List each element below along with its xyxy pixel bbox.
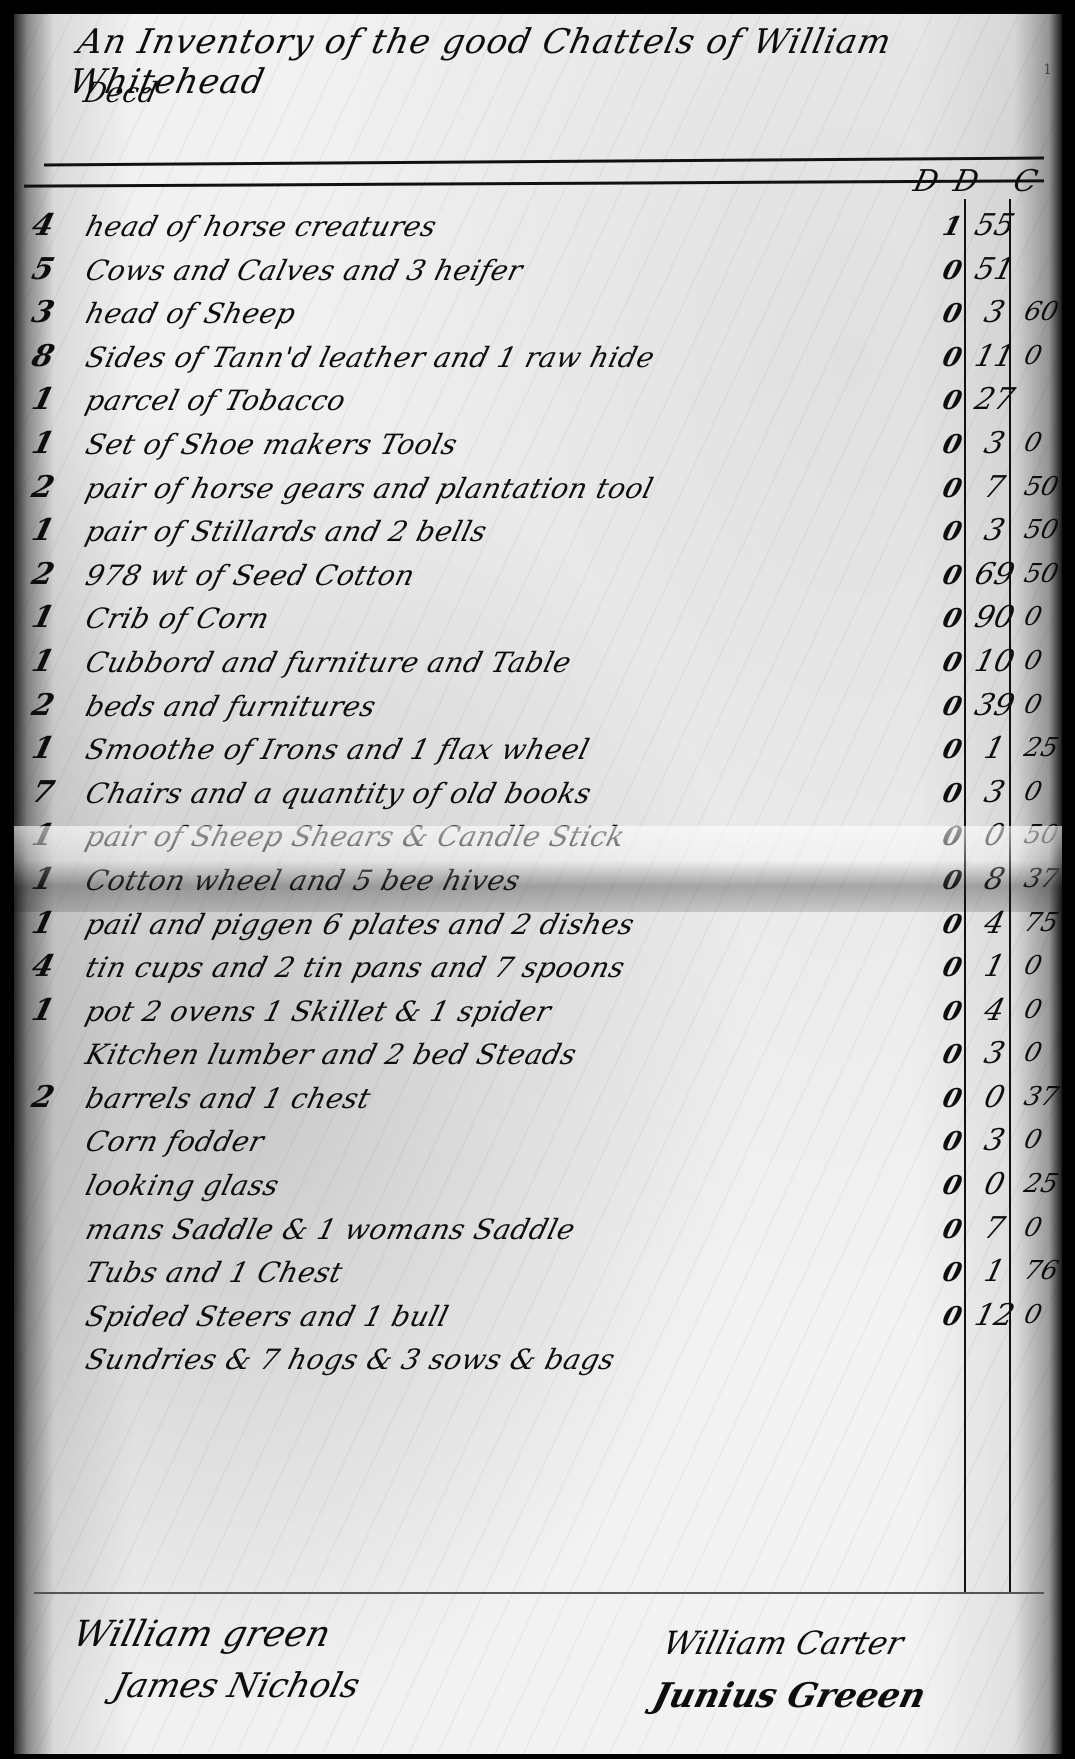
list-item: Sundries & 7 hogs & 3 sows & bags [23,1339,1054,1383]
item-pounds: 1 [936,212,967,242]
item-description: pail and piggen 6 plates and 2 dishes [82,908,638,941]
item-cents: 0 [1021,690,1068,720]
item-dollars: 0 [968,1080,1021,1115]
item-cents: 0 [1021,341,1068,371]
item-pounds: 0 [936,997,967,1027]
list-item: 8Sides of Tann'd leather and 1 raw hide0… [23,337,1054,381]
item-description: Cows and Calves and 3 heifer [82,254,526,287]
item-dollars: 7 [968,470,1021,505]
list-item: Kitchen lumber and 2 bed Steads030 [23,1034,1054,1078]
item-dollars: 1 [968,949,1021,984]
item-description: Chairs and a quantity of old books [82,777,595,810]
item-description: looking glass [82,1169,282,1202]
item-description: Sundries & 7 hogs & 3 sows & bags [82,1343,618,1376]
item-pounds: 0 [936,561,967,591]
document-title-decd: Decd [80,76,160,109]
item-cents: 0 [1021,1213,1068,1243]
item-pounds: 0 [936,822,967,852]
item-quantity: 1 [28,644,81,679]
item-dollars: 3 [968,426,1021,461]
list-item: 1Cubbord and furniture and Table0100 [23,642,1054,686]
item-pounds: 0 [936,910,967,940]
item-dollars: 69 [968,557,1021,592]
list-item: Corn fodder030 [23,1121,1054,1165]
column-header-dollars: D [950,164,982,199]
list-item: 1Set of Shoe makers Tools030 [23,424,1054,468]
item-dollars: 1 [968,1254,1021,1289]
item-pounds: 0 [936,1040,967,1070]
list-item: Tubs and 1 Chest0176 [23,1252,1054,1296]
item-quantity: 2 [28,557,81,592]
item-pounds: 0 [936,430,967,460]
item-description: Kitchen lumber and 2 bed Steads [82,1038,580,1071]
list-item: Spided Steers and 1 bull0120 [23,1296,1054,1340]
item-dollars: 39 [968,688,1021,723]
item-pounds: 0 [936,953,967,983]
item-description: pair of Stillards and 2 bells [82,515,490,548]
footer-rule [34,1592,1044,1594]
signature-junius-green: Junius Greeen [649,1676,930,1716]
item-pounds: 0 [936,779,967,809]
item-pounds: 0 [936,648,967,678]
item-dollars: 55 [968,208,1021,243]
item-cents: 0 [1021,1125,1068,1155]
item-dollars: 0 [968,1167,1021,1202]
item-description: Cubbord and furniture and Table [82,646,575,679]
item-description: Smoothe of Irons and 1 flax wheel [82,733,593,766]
list-item: 1pail and piggen 6 plates and 2 dishes04… [23,904,1054,948]
item-pounds: 0 [936,1258,967,1288]
list-item: 2barrels and 1 chest0037 [23,1078,1054,1122]
item-cents: 37 [1021,864,1068,894]
list-item: 1Cotton wheel and 5 bee hives0837 [23,860,1054,904]
item-cents: 0 [1021,1300,1068,1330]
item-quantity: 7 [28,775,81,810]
item-dollars: 3 [968,1123,1021,1158]
item-quantity: 1 [28,862,81,897]
item-description: Corn fodder [82,1125,267,1158]
list-item: mans Saddle & 1 womans Saddle070 [23,1209,1054,1253]
item-quantity: 4 [28,949,81,984]
list-item: 5Cows and Calves and 3 heifer051 [23,250,1054,294]
item-dollars: 3 [968,295,1021,330]
item-description: Cotton wheel and 5 bee hives [82,864,524,897]
item-dollars: 4 [968,993,1021,1028]
item-dollars: 12 [968,1298,1021,1333]
item-quantity: 2 [28,470,81,505]
item-dollars: 51 [968,252,1021,287]
item-quantity: 8 [28,339,81,374]
item-pounds: 0 [936,604,967,634]
item-dollars: 90 [968,600,1021,635]
signature-william-carter: William Carter [659,1624,907,1662]
item-quantity: 1 [28,818,81,853]
item-cents: 75 [1021,908,1068,938]
item-description: parcel of Tobacco [82,384,349,417]
item-description: barrels and 1 chest [82,1082,374,1115]
item-cents: 0 [1021,951,1068,981]
item-quantity: 1 [28,382,81,417]
item-description: Spided Steers and 1 bull [82,1300,452,1333]
list-item: 1pair of Stillards and 2 bells0350 [23,511,1054,555]
item-pounds: 0 [936,1171,967,1201]
item-pounds: 0 [936,474,967,504]
item-cents: 50 [1021,472,1068,502]
item-dollars: 0 [968,818,1021,853]
item-quantity: 5 [28,252,81,287]
item-cents: 0 [1021,777,1068,807]
item-dollars: 11 [968,339,1021,374]
item-description: Tubs and 1 Chest [82,1256,346,1289]
item-pounds: 0 [936,1084,967,1114]
item-description: tin cups and 2 tin pans and 7 spoons [82,951,628,984]
signature-william-green: William green [69,1614,335,1655]
item-cents: 76 [1021,1256,1068,1286]
column-header-cents: C [1010,164,1040,199]
item-description: pair of horse gears and plantation tool [82,472,657,505]
item-pounds: 0 [936,692,967,722]
item-cents: 25 [1021,1169,1068,1199]
item-quantity: 2 [28,688,81,723]
item-pounds: 0 [936,735,967,765]
list-item: 2pair of horse gears and plantation tool… [23,468,1054,512]
signature-james-nichols: James Nichols [109,1666,364,1706]
list-item: 4head of horse creatures155 [23,206,1054,250]
item-dollars: 4 [968,906,1021,941]
item-quantity: 1 [28,426,81,461]
item-quantity: 4 [28,208,81,243]
item-cents: 0 [1021,646,1068,676]
signatures: William green James Nichols William Cart… [54,1614,1054,1744]
item-description: head of Sheep [82,297,299,330]
item-description: Set of Shoe makers Tools [82,428,461,461]
item-quantity: 1 [28,993,81,1028]
item-pounds: 0 [936,1302,967,1332]
inventory-page: An Inventory of the good Chattels of Wil… [14,14,1062,1754]
list-item: 1Crib of Corn0900 [23,598,1054,642]
item-quantity: 1 [28,600,81,635]
item-dollars: 8 [968,862,1021,897]
item-description: Sides of Tann'd leather and 1 raw hide [82,341,658,374]
item-pounds: 0 [936,517,967,547]
list-item: looking glass0025 [23,1165,1054,1209]
item-quantity: 3 [28,295,81,330]
item-pounds: 0 [936,1215,967,1245]
item-cents: 0 [1021,602,1068,632]
list-item: 1pot 2 ovens 1 Skillet & 1 spider040 [23,991,1054,1035]
list-item: 4tin cups and 2 tin pans and 7 spoons010 [23,947,1054,991]
item-quantity: 2 [28,1080,81,1115]
list-item: 3head of Sheep0360 [23,293,1054,337]
list-item: 1parcel of Tobacco027 [23,380,1054,424]
item-cents: 0 [1021,1038,1068,1068]
item-dollars: 3 [968,775,1021,810]
item-description: pair of Sheep Shears & Candle Stick [82,820,628,853]
item-cents: 50 [1021,559,1068,589]
header-rule-bottom [24,179,1044,187]
item-quantity: 1 [28,906,81,941]
page-number: 1 [1043,62,1052,78]
item-description: pot 2 ovens 1 Skillet & 1 spider [82,995,555,1028]
item-pounds: 0 [936,386,967,416]
item-dollars: 27 [968,382,1021,417]
item-dollars: 7 [968,1211,1021,1246]
list-item: 1Smoothe of Irons and 1 flax wheel0125 [23,729,1054,773]
item-cents: 25 [1021,733,1068,763]
item-description: Crib of Corn [82,602,273,635]
item-pounds: 0 [936,343,967,373]
list-item: 7Chairs and a quantity of old books030 [23,773,1054,817]
list-item: 1pair of Sheep Shears & Candle Stick0050 [23,816,1054,860]
item-pounds: 0 [936,299,967,329]
column-header-pounds: D [910,164,942,199]
item-pounds: 0 [936,1127,967,1157]
inventory-list: 4head of horse creatures155 5Cows and Ca… [28,206,1048,1383]
item-dollars: 3 [968,513,1021,548]
item-cents: 50 [1021,515,1068,545]
item-pounds: 0 [936,256,967,286]
item-quantity: 1 [28,731,81,766]
list-item: 2beds and furnitures0390 [23,686,1054,730]
item-pounds: 0 [936,866,967,896]
item-cents: 50 [1021,820,1068,850]
header-rule-top [44,157,1044,167]
document-title: An Inventory of the good Chattels of Wil… [65,22,1042,102]
item-description: head of horse creatures [82,210,440,243]
item-dollars: 3 [968,1036,1021,1071]
item-description: mans Saddle & 1 womans Saddle [82,1213,579,1246]
item-cents: 0 [1021,995,1068,1025]
item-description: 978 wt of Seed Cotton [82,559,418,592]
item-description: beds and furnitures [82,690,379,723]
item-cents: 37 [1021,1082,1068,1112]
list-item: 2978 wt of Seed Cotton06950 [23,555,1054,599]
item-dollars: 10 [968,644,1021,679]
item-quantity: 1 [28,513,81,548]
item-dollars: 1 [968,731,1021,766]
item-cents: 0 [1021,428,1068,458]
item-cents: 60 [1021,297,1068,327]
